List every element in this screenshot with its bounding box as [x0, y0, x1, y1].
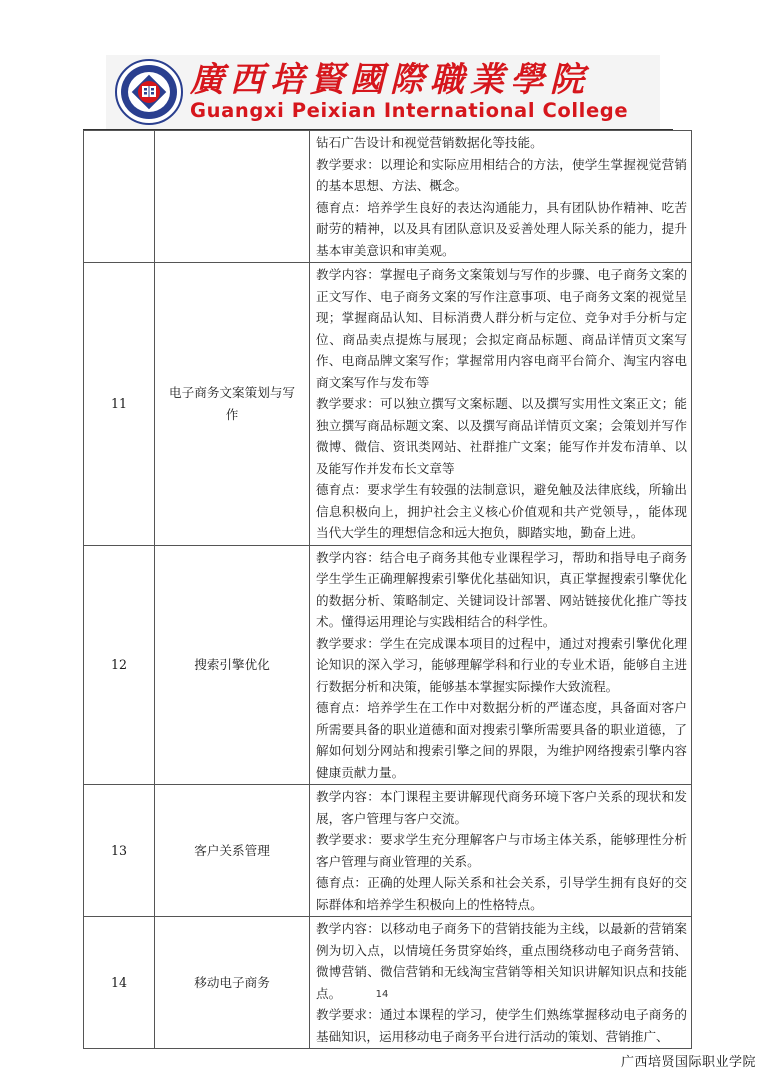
course-number: 14 [84, 917, 155, 1049]
description-paragraph: 德育点：培养学生良好的表达沟通能力，具有团队协作精神、吃苦耐劳的精神，以及具有团… [316, 197, 687, 262]
course-number: 12 [84, 545, 155, 785]
course-name [155, 131, 310, 263]
page-number: 14 [0, 989, 764, 1000]
description-paragraph: 教学要求：通过本课程的学习，使学生们熟练掌握移动电子商务的基础知识，运用移动电子… [316, 1004, 687, 1047]
college-emblem-icon [114, 57, 184, 127]
description-paragraph: 教学内容：本门课程主要讲解现代商务环境下客户关系的现状和发展，客户管理与客户交流… [316, 786, 687, 829]
course-name: 移动电子商务 [155, 917, 310, 1049]
description-paragraph: 教学要求：可以独立撰写文案标题、以及撰写实用性文案正文；能独立撰写商品标题文案、… [316, 393, 687, 479]
course-table: 钻石广告设计和视觉营销数据化等技能。 教学要求：以理论和实际应用相结合的方法，使… [83, 130, 692, 1049]
course-name: 电子商务文案策划与写作 [155, 263, 310, 546]
description-paragraph: 德育点：正确的处理人际关系和社会关系，引导学生拥有良好的交际群体和培养学生积极向… [316, 872, 687, 915]
description-paragraph: 教学要求：以理论和实际应用相结合的方法，使学生掌握视觉营销的基本思想、方法、概念… [316, 154, 687, 197]
course-description: 教学内容：结合电子商务其他专业课程学习，帮助和指导电子商务学生学生正确理解搜索引… [310, 545, 692, 785]
table-row: 13 客户关系管理 教学内容：本门课程主要讲解现代商务环境下客户关系的现状和发展… [84, 785, 692, 917]
description-paragraph: 钻石广告设计和视觉营销数据化等技能。 [316, 132, 687, 154]
footer-school-name: 广西培贤国际职业学院 [621, 1051, 756, 1070]
table-row: 12 搜索引擎优化 教学内容：结合电子商务其他专业课程学习，帮助和指导电子商务学… [84, 545, 692, 785]
course-description: 钻石广告设计和视觉营销数据化等技能。 教学要求：以理论和实际应用相结合的方法，使… [310, 131, 692, 263]
header-banner: 廣西培賢國際職業學院 Guangxi Peixian International… [106, 55, 660, 129]
course-description: 教学内容：本门课程主要讲解现代商务环境下客户关系的现状和发展，客户管理与客户交流… [310, 785, 692, 917]
school-name-en: Guangxi Peixian International College [190, 99, 628, 123]
description-paragraph: 德育点：培养学生在工作中对数据分析的严谨态度，具备面对客户所需要具备的职业道德和… [316, 697, 687, 783]
table-row: 14 移动电子商务 教学内容：以移动电子商务下的营销技能为主线，以最新的营销案例… [84, 917, 692, 1049]
course-number: 13 [84, 785, 155, 917]
description-paragraph: 德育点：要求学生有较强的法制意识，避免触及法律底线，所输出信息积极向上，拥护社会… [316, 479, 687, 544]
description-paragraph: 教学内容：结合电子商务其他专业课程学习，帮助和指导电子商务学生学生正确理解搜索引… [316, 547, 687, 633]
description-paragraph: 教学内容：掌握电子商务文案策划与写作的步骤、电子商务文案的正文写作、电子商务文案… [316, 264, 687, 393]
table-row: 11 电子商务文案策划与写作 教学内容：掌握电子商务文案策划与写作的步骤、电子商… [84, 263, 692, 546]
course-description: 教学内容：掌握电子商务文案策划与写作的步骤、电子商务文案的正文写作、电子商务文案… [310, 263, 692, 546]
course-name: 搜索引擎优化 [155, 545, 310, 785]
banner-text: 廣西培賢國際職業學院 Guangxi Peixian International… [190, 61, 628, 123]
course-number: 11 [84, 263, 155, 546]
course-name: 客户关系管理 [155, 785, 310, 917]
table-row: 钻石广告设计和视觉营销数据化等技能。 教学要求：以理论和实际应用相结合的方法，使… [84, 131, 692, 263]
description-paragraph: 教学要求：学生在完成课本项目的过程中，通过对搜索引擎优化理论知识的深入学习，能够… [316, 633, 687, 698]
school-name-cn: 廣西培賢國際職業學院 [190, 61, 628, 99]
description-paragraph: 教学要求：要求学生充分理解客户与市场主体关系，能够理性分析客户管理与商业管理的关… [316, 829, 687, 872]
course-description: 教学内容：以移动电子商务下的营销技能为主线，以最新的营销案例为切入点，以情境任务… [310, 917, 692, 1049]
course-number [84, 131, 155, 263]
